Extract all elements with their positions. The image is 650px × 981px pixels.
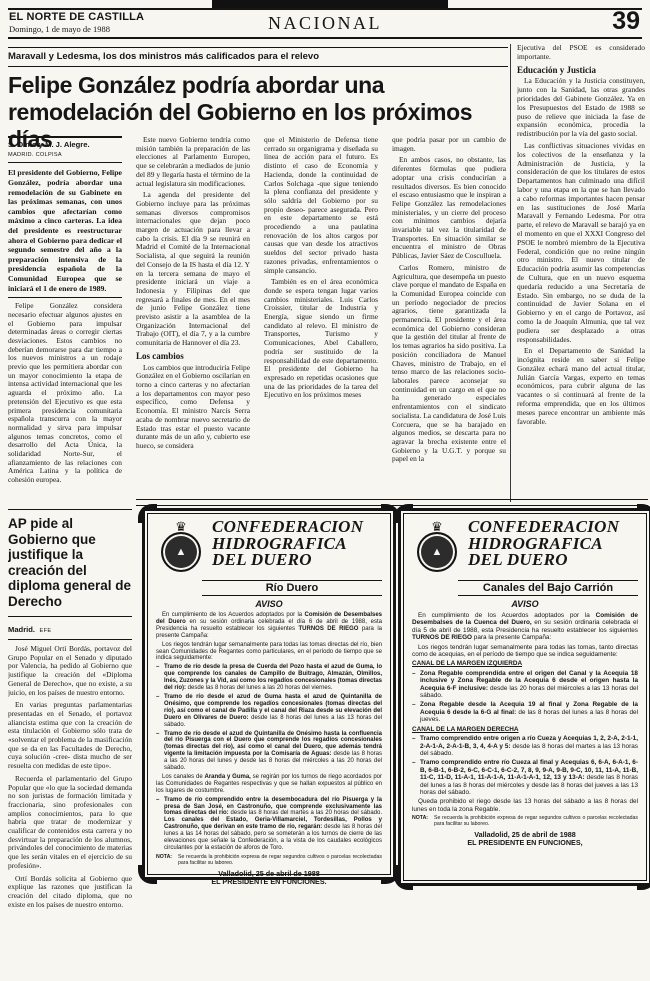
lead-paragraph: El presidente del Gobierno, Felipe Gonzá… xyxy=(8,168,122,293)
ad-section-heading: CANAL DE LA MARGEN DERECHA xyxy=(412,726,638,733)
section-title: NACIONAL xyxy=(0,13,650,34)
page-number: 39 xyxy=(612,7,640,36)
byline: S. Olmo y M. J. Alegre. xyxy=(8,141,122,150)
ad-canales-bajo-carrion: ♛ ▲ CONFEDERACION HIDROGRAFICA DEL DUERO… xyxy=(398,508,650,886)
ad-nota: NOTA:Se recuerda la prohibición expresa … xyxy=(156,855,382,867)
dash-icon xyxy=(156,664,164,692)
sidebar-article: AP pide al Gobierno que justifique la cr… xyxy=(8,509,132,977)
sidebar-paragraph: Recuerda el parlamentario del Grupo Popu… xyxy=(8,775,132,871)
header-top-rule xyxy=(8,8,642,10)
article-paragraph: Felipe González considera necesario efec… xyxy=(8,302,122,485)
dash-icon xyxy=(412,670,420,700)
ad-section-heading: CANAL DE LA MARGEN IZQUIERDA xyxy=(412,660,638,667)
ad-rio-duero: ♛ ▲ CONFEDERACION HIDROGRAFICA DEL DUERO… xyxy=(142,508,396,880)
article-paragraph: En el Departamento de Sanidad la incógni… xyxy=(517,347,645,426)
article-paragraph: Las conflictivas situaciones vividas en … xyxy=(517,142,645,344)
ad-corner-ornament xyxy=(394,504,413,523)
ad-subtitle: Río Duero xyxy=(202,580,382,596)
subhead-educacion-justicia: Educación y Justicia xyxy=(517,66,645,75)
subhead-los-cambios: Los cambios xyxy=(136,352,250,361)
ad-bullet: Tramo de río desde el azud de Guma hasta… xyxy=(156,694,382,729)
dash-icon xyxy=(156,694,164,729)
byline-block: S. Olmo y M. J. Alegre. MADRID. COLPISA xyxy=(8,136,122,163)
ad-corner-ornament xyxy=(138,504,157,523)
ad-corner-ornament xyxy=(637,504,650,523)
ad-signature: Valladolid, 25 de abril de 1988 EL PRESI… xyxy=(156,870,382,887)
article-column-3: que el Ministerio de Defensa tiene cerra… xyxy=(264,136,378,502)
ad-signature: Valladolid, 25 de abril de 1988 EL PRESI… xyxy=(412,831,638,848)
ad-bullet: Tramo comprendido entre origen a río Cue… xyxy=(412,735,638,757)
article-paragraph: La Educación y la Justicia constituyen, … xyxy=(517,77,645,139)
ad-bullet: Tramo comprendido entre río Cueza al fin… xyxy=(412,759,638,796)
header-bottom-rule xyxy=(8,37,642,39)
ad-paragraph: Los canales de Aranda y Guma, se regirán… xyxy=(156,774,382,795)
sidebar-paragraph: En varias preguntas parlamentarias prese… xyxy=(8,701,132,771)
sidebar-dateline-agency: EFE xyxy=(39,628,51,634)
ad-intro: Los riegos tendrán lugar semanalmente pa… xyxy=(412,644,638,659)
article-column-5: Ejecutiva del PSOE es considerado import… xyxy=(517,44,645,502)
sidebar-dateline: Madrid. EFE xyxy=(8,616,132,640)
ad-org-name: CONFEDERACION HIDROGRAFICA DEL DUERO xyxy=(212,519,382,569)
ad-bullet: Tramo de río comprendido entre la desemb… xyxy=(156,797,382,852)
ad-corner-ornament xyxy=(637,871,650,890)
chd-crest-icon: ♛ ▲ xyxy=(158,521,204,572)
ad-bullet: Zona Regable desde la Acequia 19 al fina… xyxy=(412,701,638,723)
ad-aviso-label: AVISO xyxy=(412,599,638,609)
sidebar-dateline-city: Madrid. xyxy=(8,625,35,634)
article-paragraph: que podría pasar por un cambio de imagen… xyxy=(392,136,506,153)
ad-corner-ornament xyxy=(138,865,157,884)
article-paragraph: Los cambios que introduciría Felipe Gonz… xyxy=(136,364,250,451)
crown-icon: ♛ xyxy=(414,521,460,532)
ad-org-name: CONFEDERACION HIDROGRAFICA DEL DUERO xyxy=(468,519,638,569)
chd-crest-icon: ♛ ▲ xyxy=(414,521,460,572)
ad-bullet: Tramo de río desde la presa de Cuerda de… xyxy=(156,664,382,692)
ad-bullet: Tramo de río desde el azud de Quintanill… xyxy=(156,731,382,772)
dash-icon xyxy=(412,701,420,723)
article-paragraph: En ambos casos, no obstante, las diferen… xyxy=(392,156,506,260)
article-paragraph: También es en el área económica donde se… xyxy=(264,278,378,400)
kicker: Maravall y Ledesma, los dos ministros má… xyxy=(8,47,508,67)
article-paragraph: La agenda del presidente del Gobierno in… xyxy=(136,191,250,348)
dash-icon xyxy=(156,797,164,852)
sidebar-headline: AP pide al Gobierno que justifique la cr… xyxy=(8,516,132,609)
ad-nota: NOTA:Se recuerda la prohibición expresa … xyxy=(412,816,638,828)
agency-dateline: MADRID. COLPISA xyxy=(8,151,122,160)
sidebar-paragraph: Ortí Bordás solicita al Gobierno que exp… xyxy=(8,875,132,910)
seal-circle-icon: ▲ xyxy=(161,532,201,572)
article-column-2: Este nuevo Gobierno tendría como misión … xyxy=(136,136,250,502)
dash-icon xyxy=(156,731,164,772)
seal-circle-icon: ▲ xyxy=(417,532,457,572)
ad-aviso-label: AVISO xyxy=(156,599,382,609)
article-paragraph: Ejecutiva del PSOE es considerado import… xyxy=(517,44,645,62)
article-paragraph: que el Ministerio de Defensa tiene cerra… xyxy=(264,136,378,275)
ad-intro: En cumplimiento de los Acuerdos adoptado… xyxy=(156,612,382,640)
sidebar-paragraph: José Miguel Ortí Bordás, portavoz del Gr… xyxy=(8,645,132,697)
article-column-1: S. Olmo y M. J. Alegre. MADRID. COLPISA … xyxy=(8,136,122,502)
ad-intro: En cumplimiento de los Acuerdos adoptado… xyxy=(412,612,638,642)
ad-paragraph: Queda prohibido el riego desde las 13 ho… xyxy=(412,798,638,813)
ad-bullet: Zona Regable comprendida entre el origen… xyxy=(412,670,638,700)
article-column-4: que podría pasar por un cambio de imagen… xyxy=(392,136,506,502)
newspaper-page: EL NORTE DE CASTILLA Domingo, 1 de mayo … xyxy=(0,0,650,981)
article-paragraph: Carlos Romero, ministro de Agricultura, … xyxy=(392,264,506,464)
ad-intro: Los riegos tendrán lugar semanalmente pa… xyxy=(156,642,382,663)
sidebar-top-rule xyxy=(8,509,132,510)
lead-separator-rule xyxy=(8,297,122,298)
dash-icon xyxy=(412,759,420,796)
article-paragraph: Este nuevo Gobierno tendría como misión … xyxy=(136,136,250,188)
crown-icon: ♛ xyxy=(158,521,204,532)
ad-subtitle: Canales del Bajo Carrión xyxy=(458,580,638,596)
dash-icon xyxy=(412,735,420,757)
ad-corner-ornament xyxy=(394,871,413,890)
column-divider-rule xyxy=(510,44,511,502)
